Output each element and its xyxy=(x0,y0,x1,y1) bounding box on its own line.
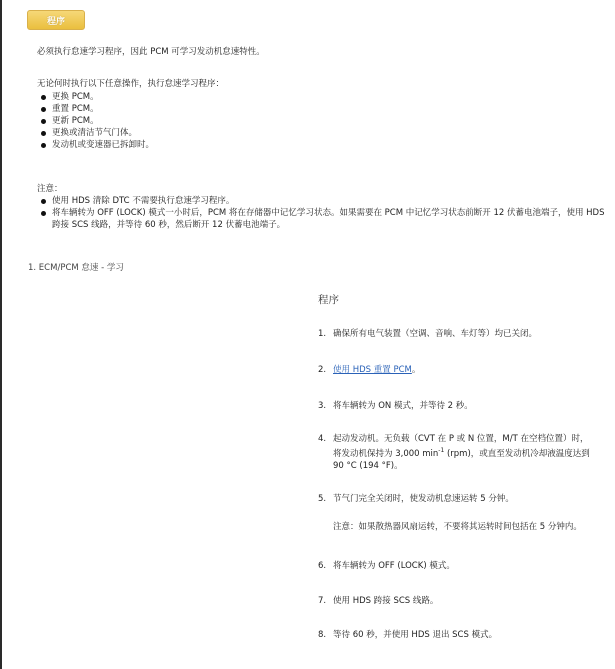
procedure-step: 5.节气门完全关闭时，使发动机怠速运转 5 分钟。 xyxy=(318,493,593,505)
bullet-icon xyxy=(41,95,46,100)
procedure-step: 2.使用 HDS 重置 PCM。 xyxy=(318,364,593,376)
list-item: 将车辆转为 OFF (LOCK) 模式一小时后，PCM 将在存储器中记忆学习状态… xyxy=(39,207,607,231)
list-item: 更换或清洁节气门体。 xyxy=(39,127,154,139)
notes-label: 注意： xyxy=(37,182,63,194)
procedure-step: 4. 起动发动机。无负载（CVT 在 P 或 N 位置，M/T 在空档位置）时，… xyxy=(318,433,593,472)
procedure-step: 7.使用 HDS 跨接 SCS 线路。 xyxy=(318,595,593,607)
notes-list: 使用 HDS 清除 DTC 不需要执行怠速学习程序。 将车辆转为 OFF (LO… xyxy=(39,195,607,231)
procedure-title: 程序 xyxy=(318,292,339,307)
conditions-list: 更换 PCM。 重置 PCM。 更新 PCM。 更换或清洁节气门体。 发动机或变… xyxy=(39,91,154,151)
bullet-icon xyxy=(41,143,46,148)
left-border xyxy=(0,0,2,669)
bullet-icon xyxy=(41,131,46,136)
bullet-icon xyxy=(41,211,46,216)
bullet-icon xyxy=(41,107,46,112)
procedure-badge[interactable]: 程序 xyxy=(27,10,85,30)
step-note: 注意：如果散热器风扇运转，不要将其运转时间包括在 5 分钟内。 xyxy=(333,521,595,533)
procedure-step: 6.将车辆转为 OFF (LOCK) 模式。 xyxy=(318,560,593,572)
list-item: 使用 HDS 清除 DTC 不需要执行怠速学习程序。 xyxy=(39,195,607,207)
bullet-icon xyxy=(41,119,46,124)
procedure-step: 8.等待 60 秒，并使用 HDS 退出 SCS 模式。 xyxy=(318,629,593,641)
bullet-icon xyxy=(41,199,46,204)
intro-text: 必须执行怠速学习程序，因此 PCM 可学习发动机怠速特性。 xyxy=(37,45,265,57)
reset-pcm-link[interactable]: 使用 HDS 重置 PCM xyxy=(333,365,412,375)
procedure-step: 1.确保所有电气装置（空调、音响、车灯等）均已关闭。 xyxy=(318,328,593,340)
section-title: 1. ECM/PCM 怠速 - 学习 xyxy=(28,261,124,273)
list-item: 更换 PCM。 xyxy=(39,91,154,103)
list-item: 发动机或变速器已拆卸时。 xyxy=(39,139,154,151)
procedure-step: 3.将车辆转为 ON 模式，并等待 2 秒。 xyxy=(318,400,593,412)
list-item: 重置 PCM。 xyxy=(39,103,154,115)
conditions-lead: 无论何时执行以下任意操作，执行怠速学习程序： xyxy=(37,77,224,89)
list-item: 更新 PCM。 xyxy=(39,115,154,127)
